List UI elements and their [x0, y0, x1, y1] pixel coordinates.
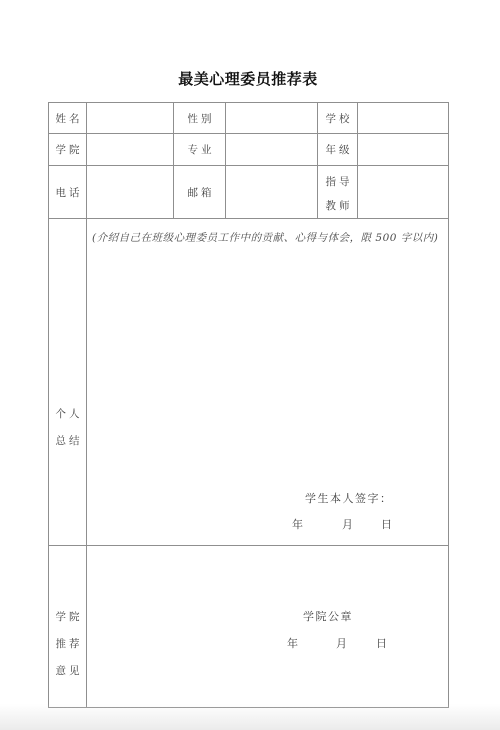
advisor-value-cell[interactable] [358, 166, 449, 219]
summary-instruction-note: (介绍自己在班级心理委员工作中的贡献、心得与体会，限 500 字以内) [92, 230, 438, 245]
phone-value-cell[interactable] [87, 166, 174, 219]
recommendation-form-table: 姓名 性别 学校 学院 专业 年级 电话 邮箱 指导 教师 [48, 102, 449, 708]
document-page: 最美心理委员推荐表 姓名 性别 学校 学院 专业 年级 电话 [0, 0, 500, 730]
school-value-cell[interactable] [358, 103, 449, 134]
label-gender: 性别 [174, 103, 226, 134]
label-advisor: 指导 教师 [318, 166, 358, 219]
email-value-cell[interactable] [226, 166, 318, 219]
label-major: 专业 [174, 134, 226, 166]
recommendation-date-year-label: 年 [287, 635, 298, 651]
recommendation-date-month-label: 月 [336, 635, 347, 651]
label-name: 姓名 [49, 103, 87, 134]
college-value-cell[interactable] [87, 134, 174, 166]
table-row: 电话 邮箱 指导 教师 [49, 166, 449, 219]
label-grade: 年级 [318, 134, 358, 166]
label-advisor-line2: 教师 [318, 194, 357, 218]
summary-date-month-label: 月 [342, 516, 353, 532]
label-college-recommendation-line3: 意见 [49, 658, 86, 685]
label-advisor-line1: 指导 [318, 166, 357, 194]
table-row: 个人 总结 (介绍自己在班级心理委员工作中的贡献、心得与体会，限 500 字以内… [49, 219, 449, 546]
label-personal-summary-line2: 总结 [49, 428, 86, 455]
form-title: 最美心理委员推荐表 [48, 68, 448, 89]
label-college: 学院 [49, 134, 87, 166]
label-personal-summary: 个人 总结 [49, 219, 87, 546]
major-value-cell[interactable] [226, 134, 318, 166]
college-seal-label: 学院公章 [303, 608, 353, 624]
label-personal-summary-line1: 个人 [49, 219, 86, 428]
gender-value-cell[interactable] [226, 103, 318, 134]
personal-summary-content-cell[interactable]: (介绍自己在班级心理委员工作中的贡献、心得与体会，限 500 字以内) 学生本人… [87, 219, 449, 546]
recommendation-date-day-label: 日 [376, 635, 387, 651]
summary-date-year-label: 年 [292, 516, 303, 532]
table-row: 学院 专业 年级 [49, 134, 449, 166]
label-school: 学校 [318, 103, 358, 134]
label-college-recommendation-line2: 推荐 [49, 631, 86, 658]
label-college-recommendation: 学院 推荐 意见 [49, 546, 87, 708]
label-college-recommendation-line1: 学院 [49, 546, 86, 631]
college-recommendation-content-cell[interactable]: 学院公章 年 月 日 [87, 546, 449, 708]
name-value-cell[interactable] [87, 103, 174, 134]
table-row: 学院 推荐 意见 学院公章 年 月 日 [49, 546, 449, 708]
table-row: 姓名 性别 学校 [49, 103, 449, 134]
student-signature-label: 学生本人签字： [305, 490, 393, 506]
summary-date-day-label: 日 [381, 516, 392, 532]
label-email: 邮箱 [174, 166, 226, 219]
grade-value-cell[interactable] [358, 134, 449, 166]
label-phone: 电话 [49, 166, 87, 219]
